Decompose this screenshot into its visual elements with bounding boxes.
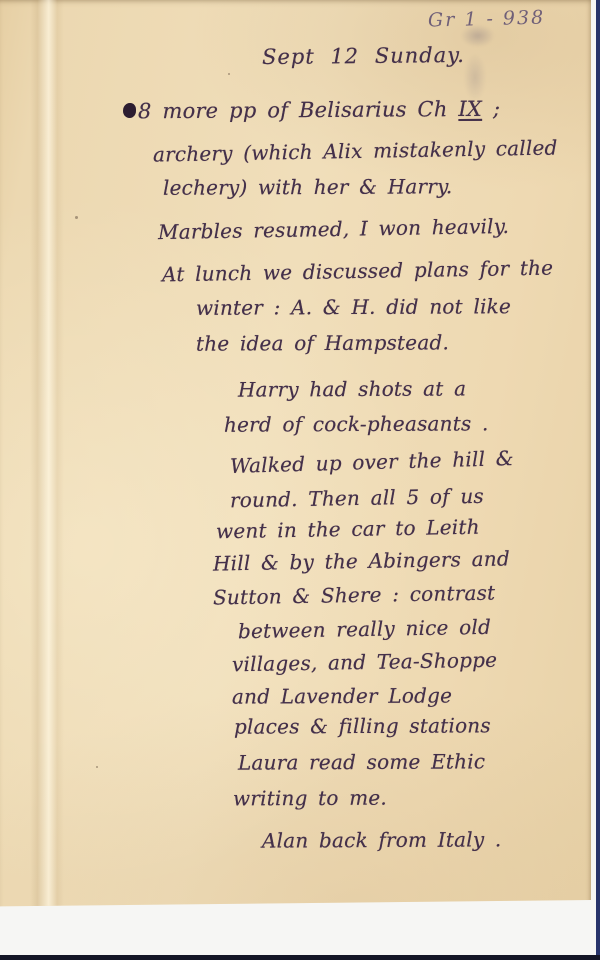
- scan-edge-bottom: [0, 955, 600, 960]
- handwritten-line: the idea of Hampstead.: [196, 330, 449, 355]
- handwritten-line: lechery) with her & Harry.: [163, 174, 453, 200]
- handwritten-line: 8 more pp of Belisarius Ch IX ;: [138, 97, 500, 124]
- paper-speck: [75, 216, 78, 219]
- handwritten-line: places & filling stations: [234, 713, 491, 738]
- handwritten-line: Sutton & Shere : contrast: [213, 581, 496, 610]
- handwritten-line: Harry had shots at a: [238, 376, 466, 401]
- handwritten-line: Laura read some Ethic: [238, 749, 485, 774]
- archive-mark: Gr 1 - 938: [428, 6, 546, 31]
- ink-blot: [123, 103, 136, 118]
- entry1-prefix: 8 more pp of Belisarius Ch: [138, 97, 459, 123]
- scan-edge-right: [596, 0, 600, 960]
- binding-crease: [30, 0, 64, 910]
- entry1-roman-numeral: IX: [458, 97, 482, 121]
- scanned-diary-page: { "scan": { "archive_mark": "Gr 1 - 938"…: [0, 0, 600, 960]
- paper-speck: [228, 73, 230, 75]
- diary-paper-page: Gr 1 - 938 Sept 12 Sunday. 8 more pp of …: [0, 0, 591, 910]
- handwritten-line: and Lavender Lodge: [232, 683, 452, 708]
- handwritten-line: winter : A. & H. did not like: [196, 294, 511, 320]
- entry1-suffix: ;: [482, 97, 500, 121]
- handwritten-line: Alan back from Italy .: [262, 827, 502, 852]
- handwritten-line: Walked up over the hill &: [230, 446, 514, 478]
- handwritten-line: Hill & by the Abingers and: [213, 546, 510, 575]
- paper-speck: [96, 766, 98, 768]
- handwritten-line: round. Then all 5 of us: [230, 484, 484, 512]
- handwritten-line: writing to me.: [233, 786, 387, 811]
- handwritten-line: archery (which Alix mistakenly called: [153, 135, 558, 166]
- handwritten-line: At lunch we discussed plans for the: [162, 256, 554, 287]
- handwritten-line: went in the car to Leith: [216, 515, 480, 544]
- handwritten-line: villages, and Tea-Shoppe: [232, 648, 498, 677]
- handwritten-line: Marbles resumed, I won heavily.: [158, 214, 509, 244]
- date-heading: Sept 12 Sunday.: [262, 43, 465, 69]
- handwritten-line: between really nice old: [238, 615, 491, 643]
- handwritten-line: herd of cock-pheasants .: [224, 411, 489, 436]
